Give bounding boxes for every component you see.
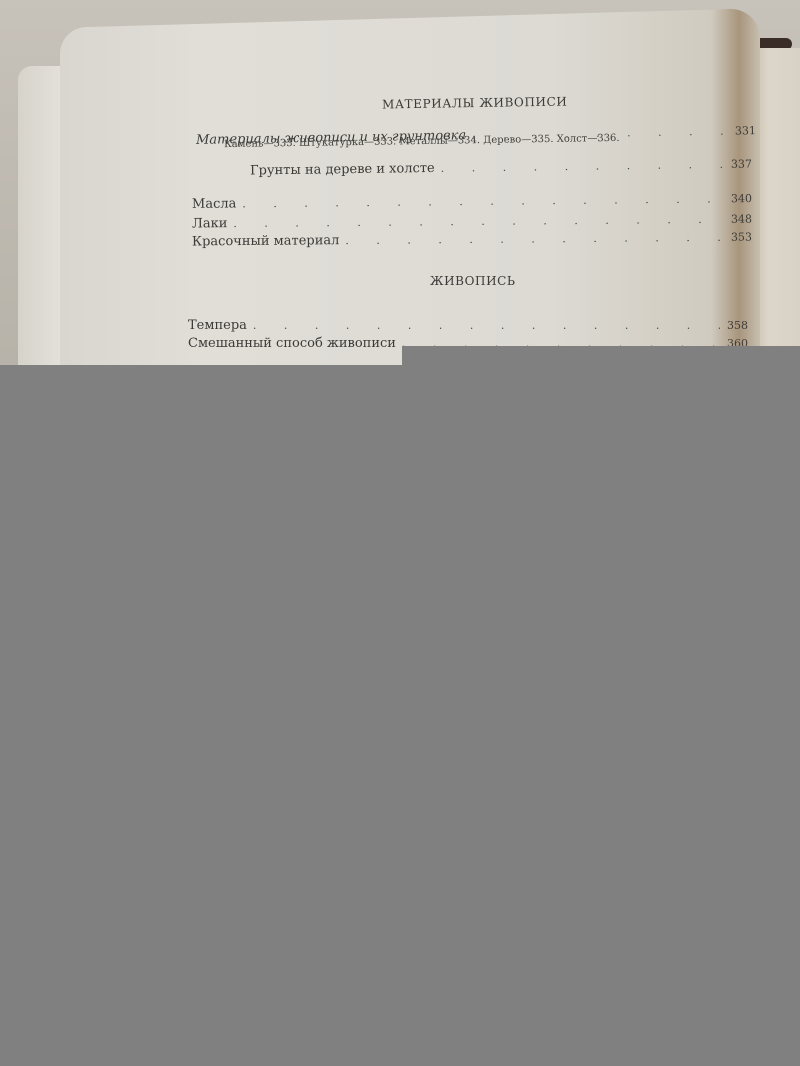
redaction-block: [402, 346, 800, 366]
toc-entry-label: Масла: [192, 196, 243, 212]
toc-page-number: 331: [728, 124, 756, 137]
dot-leader: . . . . . . . . . . . . . . . . . . . . …: [233, 213, 724, 230]
toc-entry: Темпера . . . . . . . . . . . . . . . . …: [188, 318, 748, 334]
toc-page-number: 340: [724, 192, 752, 205]
table-of-contents: МАТЕРИАЛЫ ЖИВОПИСИ Материалы живописи и …: [0, 0, 800, 380]
toc-entry-label: Смешанный способ живописи: [188, 336, 402, 351]
toc-entry: Масла . . . . . . . . . . . . . . . . . …: [192, 191, 752, 213]
toc-entry: Грунты на дереве и холсте . . . . . . . …: [250, 156, 752, 179]
toc-entry-label: Лаки: [192, 216, 234, 231]
toc-page-number: 337: [724, 157, 752, 170]
toc-page-number: 358: [720, 319, 748, 332]
toc-page-number: 353: [724, 231, 752, 244]
dot-leader: . . . . . . . . . . . . . . . . . . . . …: [242, 192, 724, 210]
toc-entry-label: Красочный материал: [192, 233, 346, 249]
section-title-painting: ЖИВОПИСЬ: [430, 274, 516, 288]
dot-leader: . . . . . . . . . . . . . . . . . . . . …: [345, 231, 724, 247]
toc-entry-label: Темпера: [188, 318, 253, 333]
redaction-block: [0, 365, 800, 1066]
dot-leader: . . . . . . . . . . . . . . . . . . . . …: [253, 319, 720, 332]
toc-entry: Красочный материал . . . . . . . . . . .…: [192, 230, 752, 251]
section-title-materials: МАТЕРИАЛЫ ЖИВОПИСИ: [382, 95, 568, 112]
toc-entry-label: Грунты на дереве и холсте: [250, 161, 441, 179]
dot-leader: . . . . . . . . . . . . . . . . . . . . …: [441, 158, 724, 175]
toc-page-number: 348: [724, 213, 752, 226]
